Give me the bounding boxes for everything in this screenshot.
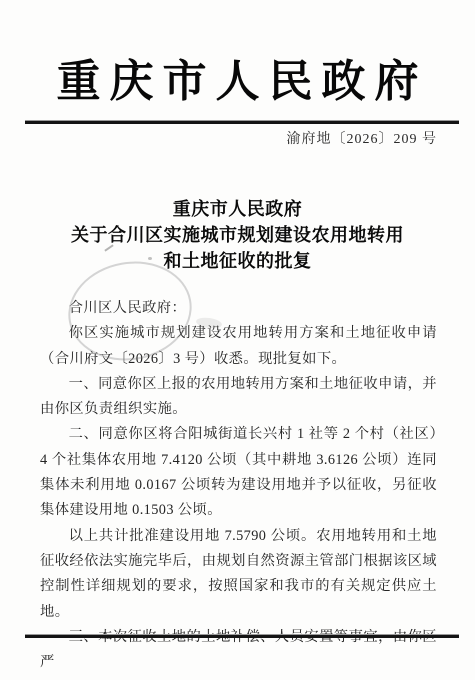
scanned-document-page: 重庆市人民政府 渝府地〔2026〕209 号 重庆市人民政府 关于合川区实施城市… — [0, 0, 475, 680]
title-line-1: 重庆市人民政府 — [0, 196, 475, 222]
paragraph-item-3-truncated: 三、本次征收土地的土地补偿、人员安置等事宜，由你区严 — [40, 625, 437, 676]
footer-divider — [25, 634, 459, 638]
letterhead-title: 重庆市人民政府 — [0, 54, 475, 109]
document-body: 合川区人民政府： 你区实施城市规划建设农用地转用方案和土地征收申请（合川府文〔2… — [40, 296, 437, 675]
paragraph-intro: 你区实施城市规划建设农用地转用方案和土地征收申请（合川府文〔2026〕3 号）收… — [40, 321, 437, 372]
document-title: 重庆市人民政府 关于合川区实施城市规划建设农用地转用 和土地征收的批复 — [0, 196, 475, 274]
header-divider — [25, 120, 459, 124]
paragraph-item-1: 一、同意你区上报的农用地转用方案和土地征收申请，并由你区负责组织实施。 — [40, 372, 437, 423]
document-number: 渝府地〔2026〕209 号 — [287, 128, 438, 148]
paragraph-item-2: 二、同意你区将合阳城街道长兴村 1 社等 2 个村（社区）4 个社集体农用地 7… — [40, 422, 437, 523]
salutation: 合川区人民政府： — [40, 296, 437, 321]
paragraph-land-supply: 以上共计批准建设用地 7.5790 公顷。农用地转用和土地征收经依法实施完毕后，… — [40, 524, 437, 625]
title-line-2: 关于合川区实施城市规划建设农用地转用 — [0, 222, 475, 248]
title-line-3: 和土地征收的批复 — [0, 248, 475, 274]
